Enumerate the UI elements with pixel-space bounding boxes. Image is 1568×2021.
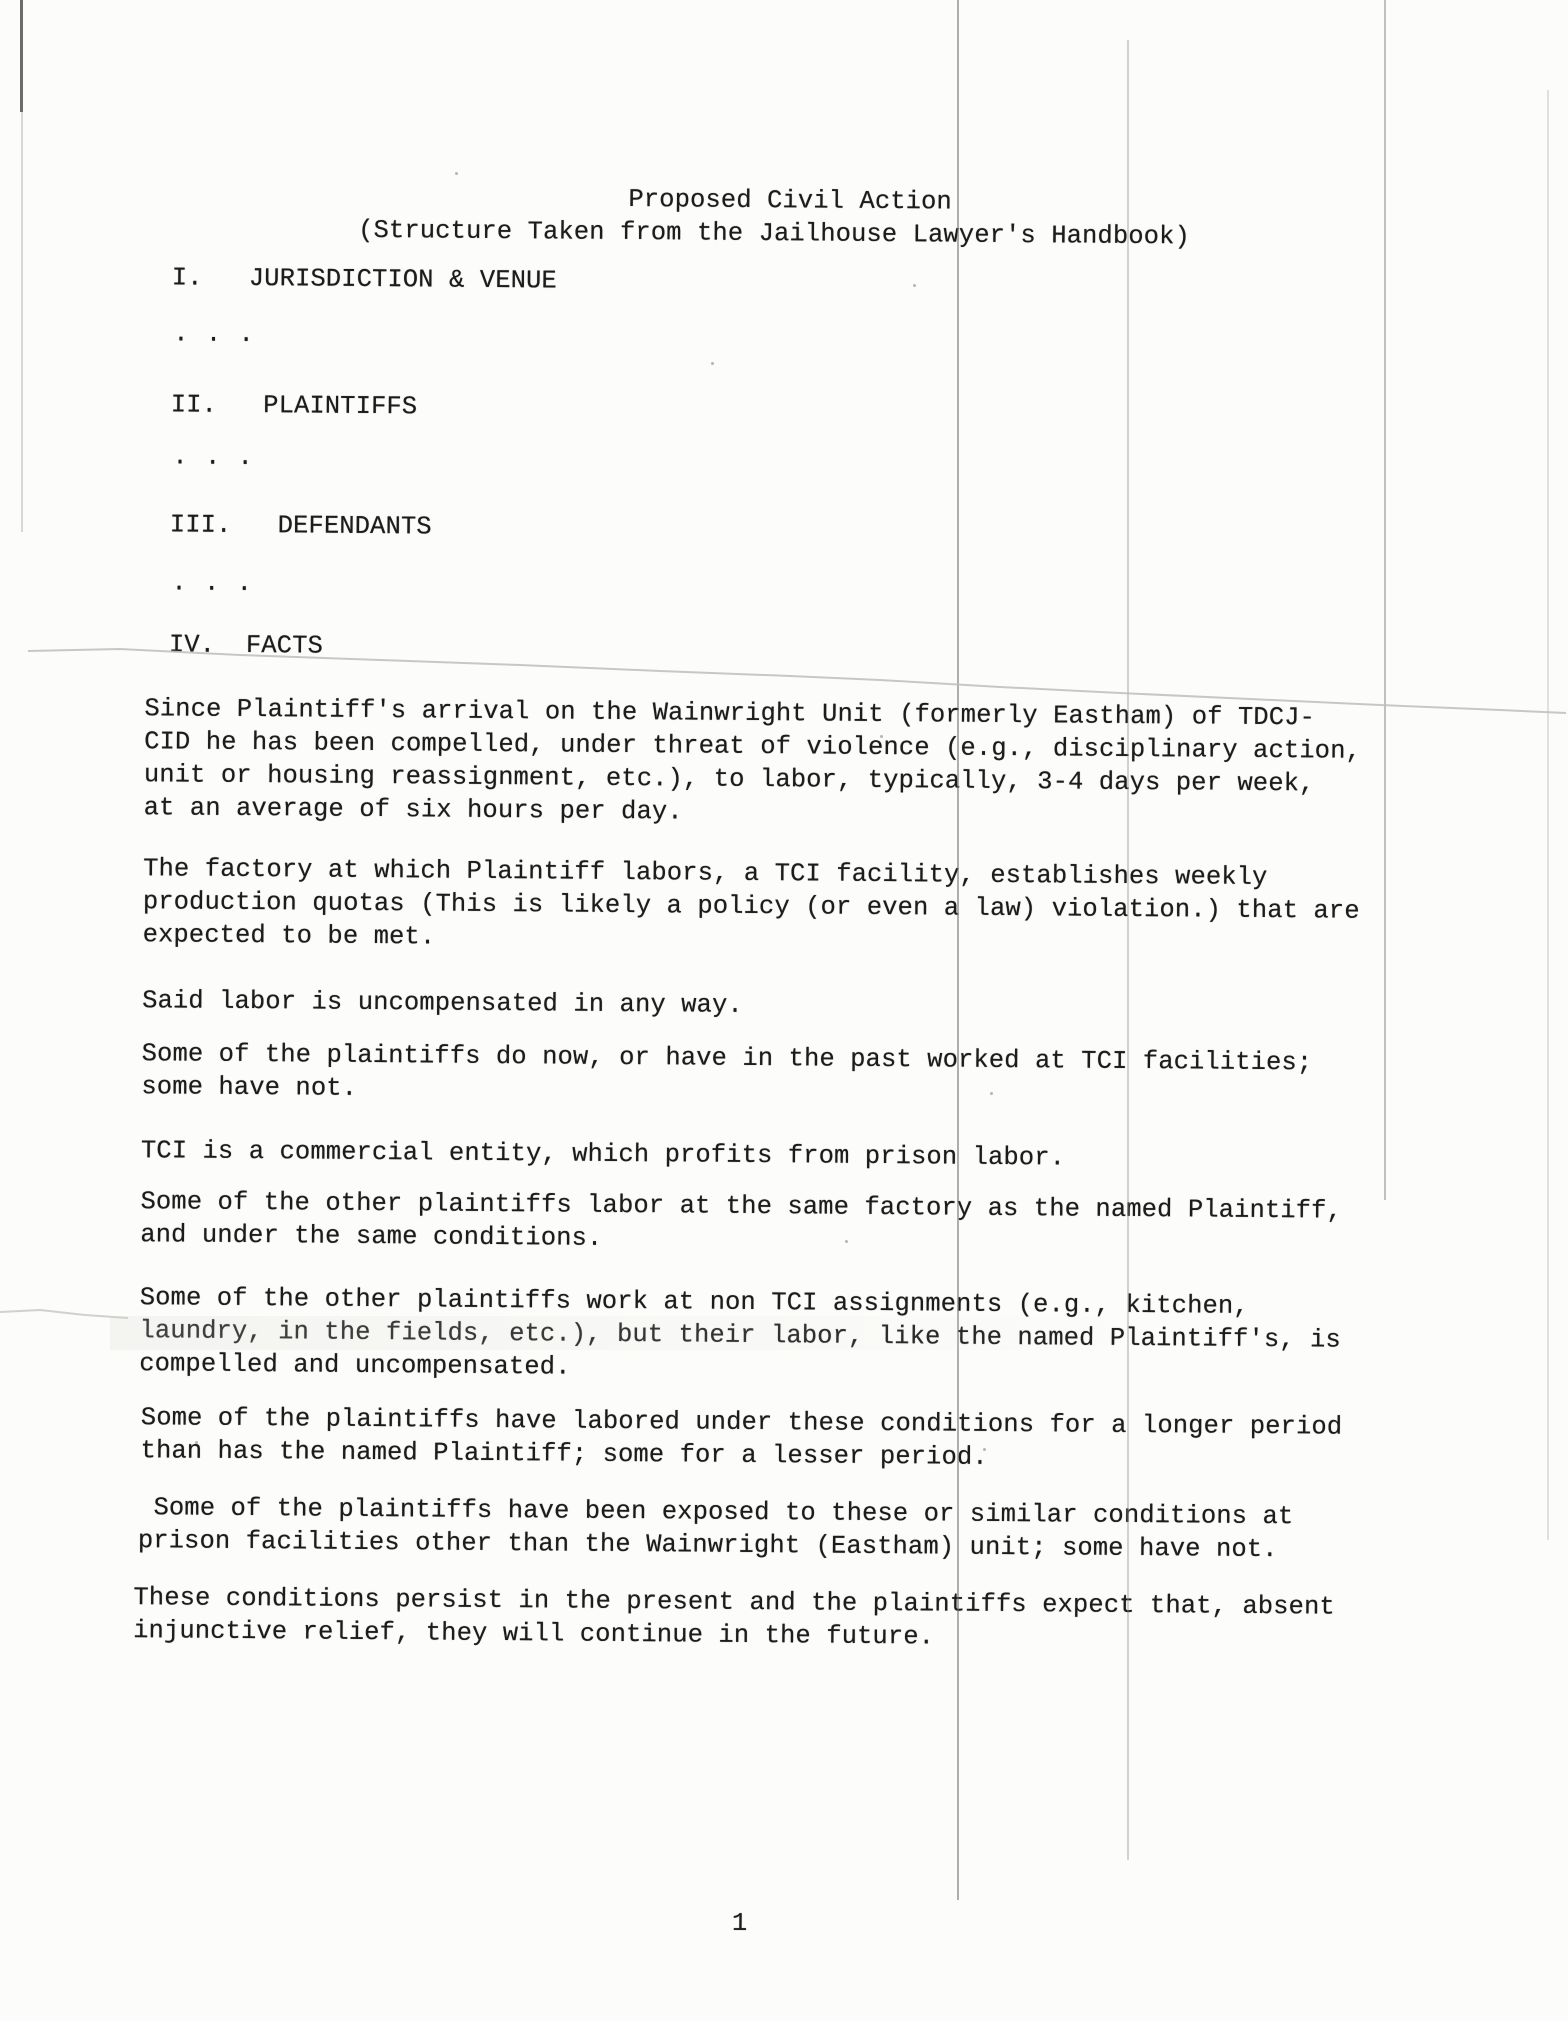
section-heading-plaintiffs: II. PLAINTIFFS [171,388,418,423]
section-heading-facts: IV. FACTS [169,628,323,662]
document-text-layer: Proposed Civil Action (Structure Taken f… [134,0,1550,2021]
facts-paragraph: Some of the plaintiffs have labored unde… [140,1401,1342,1476]
facts-paragraph: Some of the other plaintiffs labor at th… [140,1185,1342,1260]
ellipsis-placeholder: . . . [172,440,254,474]
ellipsis-placeholder: . . . [173,317,255,351]
section-heading-defendants: III. DEFENDANTS [170,508,432,543]
facts-paragraph: These conditions persist in the present … [133,1581,1335,1656]
section-heading-jurisdiction-venue: I. JURISDICTION & VENUE [172,261,557,297]
facts-paragraph: The factory at which Plaintiff labors, a… [143,852,1361,961]
facts-paragraph: TCI is a commercial entity, which profit… [141,1134,1065,1174]
facts-paragraph: Said labor is uncompensated in any way. [142,984,743,1022]
facts-paragraph: Some of the other plaintiffs work at non… [139,1281,1341,1389]
document-title: Proposed Civil Action [628,183,952,219]
scan-edge-mark [21,112,23,532]
facts-paragraph: Some of the plaintiffs do now, or have i… [141,1037,1312,1112]
scanned-document-page: Proposed Civil Action (Structure Taken f… [0,0,1568,2021]
document-subtitle: (Structure Taken from the Jailhouse Lawy… [358,214,1190,254]
facts-paragraph: Since Plaintiff's arrival on the Wainwri… [144,692,1362,834]
scan-edge-mark [20,0,23,112]
facts-paragraph: Some of the plaintiffs have been exposed… [138,1491,1294,1566]
page-number: 1 [732,1907,748,1940]
ellipsis-placeholder: . . . [171,566,253,600]
